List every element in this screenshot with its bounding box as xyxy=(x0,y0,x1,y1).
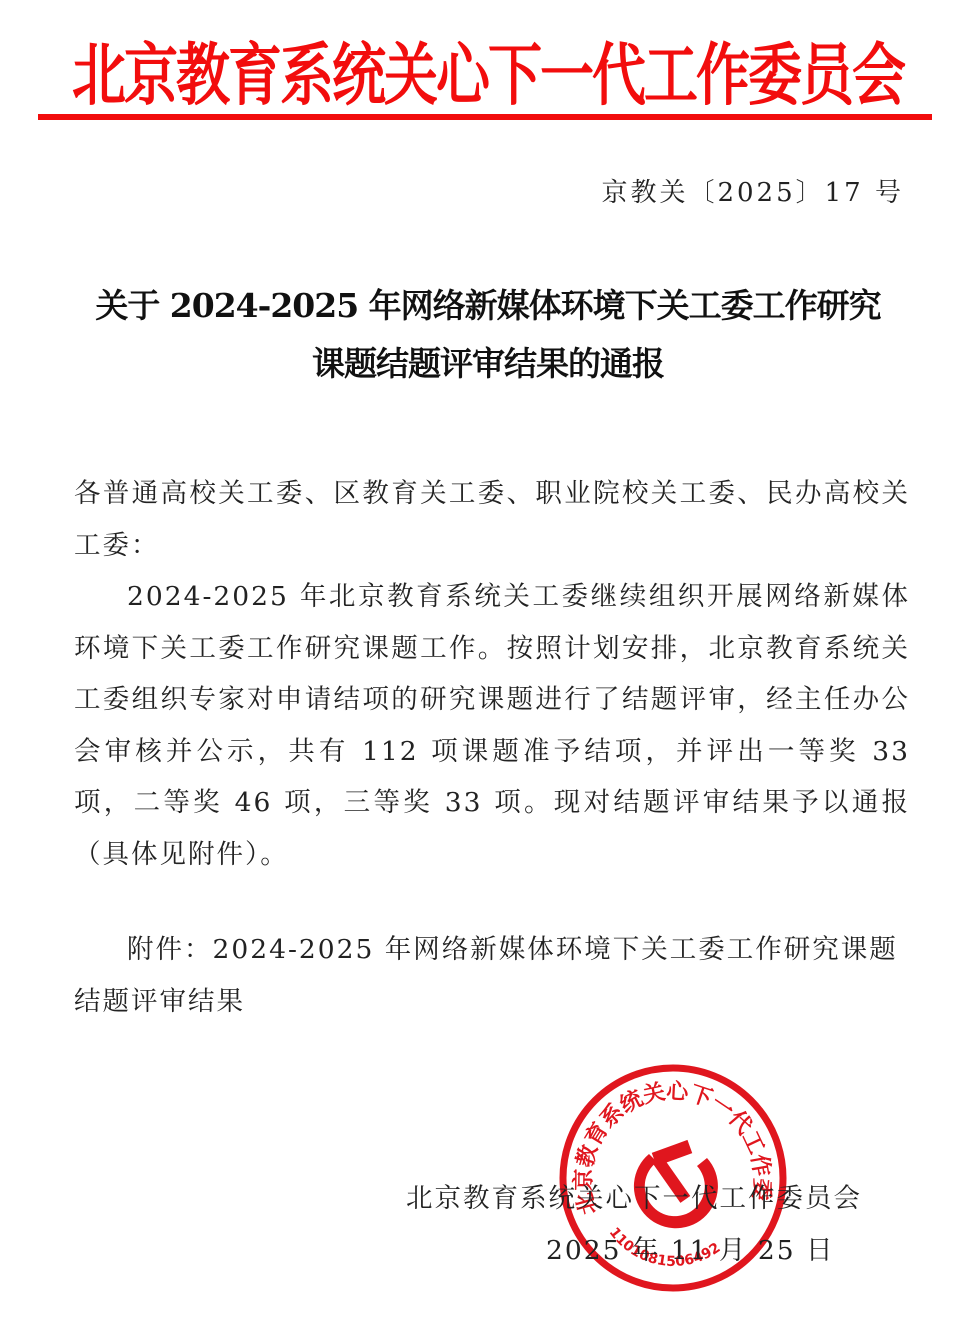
letterhead-divider xyxy=(38,114,932,120)
document-title-line1: 关于 2024-2025 年网络新媒体环境下关工委工作研究 xyxy=(0,280,976,327)
letterhead-org-name: 北京教育系统关心下一代工作委员会 xyxy=(0,22,976,118)
document-number: 京教关〔2025〕17 号 xyxy=(601,172,904,209)
signature-date: 2025 年 11 月 25 日 xyxy=(546,1228,835,1267)
salutation: 各普通高校关工委、区教育关工委、职业院校关工委、民办高校关工委： xyxy=(74,468,910,571)
document-title-line2: 课题结题评审结果的通报 xyxy=(0,338,976,385)
body-paragraph: 2024-2025 年北京教育系统关工委继续组织开展网络新媒体环境下关工委工作研… xyxy=(74,571,910,880)
attachment-note: 附件：2024-2025 年网络新媒体环境下关工委工作研究课题结题评审结果 xyxy=(74,924,910,1027)
signature-org: 北京教育系统关心下一代工作委员会 xyxy=(406,1176,862,1215)
document-body: 各普通高校关工委、区教育关工委、职业院校关工委、民办高校关工委： 2024-20… xyxy=(74,468,910,880)
